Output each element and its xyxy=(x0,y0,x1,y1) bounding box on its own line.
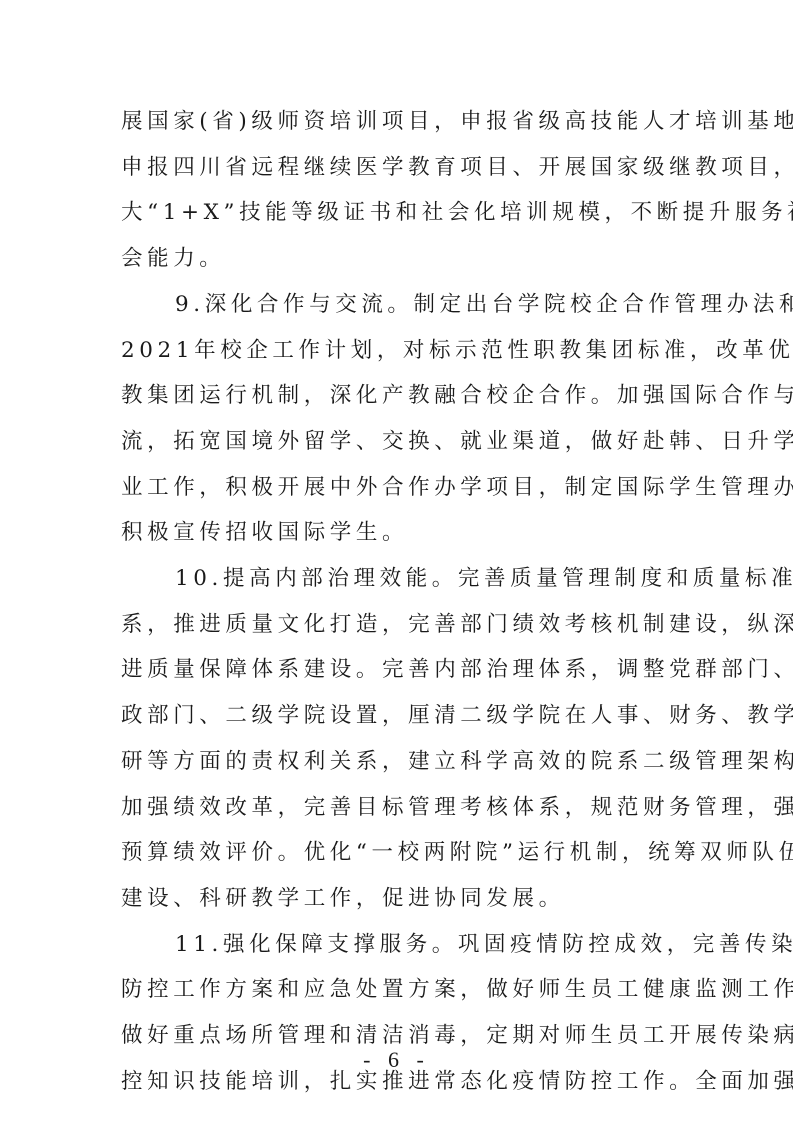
paragraph-continuation: 展国家(省)级师资培训项目，申报省级高技能人才培训基地， 申报四川省远程继续医学… xyxy=(121,99,675,282)
text-line: 系，推进质量文化打造，完善部门绩效考核机制建设，纵深推 xyxy=(121,602,675,648)
text-line: 2021年校企工作计划，对标示范性职教集团标准，改革优化职 xyxy=(121,328,675,374)
text-line: 9.深化合作与交流。制定出台学院校企合作管理办法和 xyxy=(121,282,675,328)
text-line: 申报四川省远程继续医学教育项目、开展国家级继教项目，扩 xyxy=(121,145,675,191)
text-line: 防控工作方案和应急处置方案，做好师生员工健康监测工作， xyxy=(121,967,675,1013)
text-line: 会能力。 xyxy=(121,236,675,282)
text-line: 教集团运行机制，深化产教融合校企合作。加强国际合作与交 xyxy=(121,373,675,419)
page-number: - 6 - xyxy=(0,1047,793,1073)
text-line: 11.强化保障支撑服务。巩固疫情防控成效，完善传染病 xyxy=(121,922,675,968)
document-page: 展国家(省)级师资培训项目，申报省级高技能人才培训基地， 申报四川省远程继续医学… xyxy=(0,0,793,1122)
paragraph-item-10: 10.提高内部治理效能。完善质量管理制度和质量标准体 系，推进质量文化打造，完善… xyxy=(121,556,675,922)
body-text: 展国家(省)级师资培训项目，申报省级高技能人才培训基地， 申报四川省远程继续医学… xyxy=(121,99,675,1104)
text-line: 10.提高内部治理效能。完善质量管理制度和质量标准体 xyxy=(121,556,675,602)
text-line: 业工作，积极开展中外合作办学项目，制定国际学生管理办法， xyxy=(121,465,675,511)
text-line: 展国家(省)级师资培训项目，申报省级高技能人才培训基地， xyxy=(121,99,675,145)
paragraph-item-9: 9.深化合作与交流。制定出台学院校企合作管理办法和 2021年校企工作计划，对标… xyxy=(121,282,675,556)
text-line: 积极宣传招收国际学生。 xyxy=(121,510,675,556)
text-line: 预算绩效评价。优化“一校两附院”运行机制，统筹双师队伍 xyxy=(121,830,675,876)
text-line: 研等方面的责权利关系，建立科学高效的院系二级管理架构。 xyxy=(121,739,675,785)
text-line: 政部门、二级学院设置，厘清二级学院在人事、财务、教学科 xyxy=(121,693,675,739)
text-line: 进质量保障体系建设。完善内部治理体系，调整党群部门、行 xyxy=(121,647,675,693)
text-line: 加强绩效改革，完善目标管理考核体系，规范财务管理，强化 xyxy=(121,785,675,831)
paragraph-item-11: 11.强化保障支撑服务。巩固疫情防控成效，完善传染病 防控工作方案和应急处置方案… xyxy=(121,922,675,1105)
text-line: 建设、科研教学工作，促进协同发展。 xyxy=(121,876,675,922)
text-line: 流，拓宽国境外留学、交换、就业渠道，做好赴韩、日升学就 xyxy=(121,419,675,465)
text-line: 大“1+X”技能等级证书和社会化培训规模，不断提升服务社 xyxy=(121,190,675,236)
